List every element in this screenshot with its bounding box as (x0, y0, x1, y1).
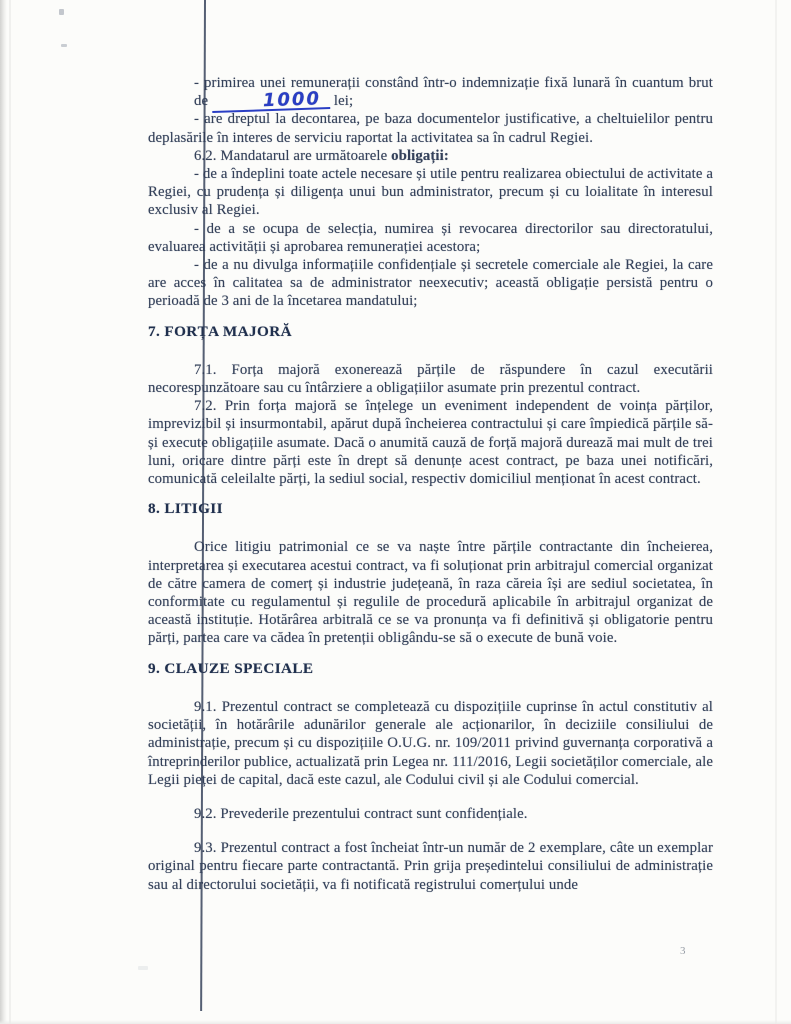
clause-8-litigation: Orice litigiu patrimonial ce se va naște… (148, 538, 713, 647)
scan-edge-left (0, 0, 7, 1024)
section-8-heading: 8. LITIGII (148, 500, 713, 518)
clause-expense-reimbursement: - are dreptul la decontarea, pe baza doc… (148, 110, 713, 146)
scan-speck (61, 44, 67, 47)
scanned-contract-page: - primirea unei remunerații constând înt… (0, 0, 791, 1024)
clause-7-2: 7.2. Prin forța majoră se înțelege un ev… (148, 397, 713, 488)
scan-edge-left-line (9, 0, 11, 1024)
clause-6-2-bold: obligații: (391, 148, 449, 164)
scan-speck (138, 966, 148, 970)
scan-speck (59, 9, 64, 15)
clause-remuneration-line1: - primirea unei remunerații constând înt… (148, 74, 713, 92)
scan-edge-bottom (0, 1020, 791, 1024)
clause-7-1: 7.1. Forța majoră exonerează părțile de … (148, 361, 713, 397)
clause-6-2-text: 6.2. Mandatarul are următoarele (194, 148, 391, 164)
section-7-heading: 7. FORȚA MAJORĂ (148, 323, 713, 341)
clause-9-1: 9.1. Prezentul contract se completează c… (148, 698, 713, 789)
clause-remuneration-line2: de 1000 lei; (148, 92, 713, 110)
obligation-item-1: - de a îndeplini toate actele necesare ș… (148, 165, 713, 220)
contract-body: - primirea unei remunerații constând înt… (148, 74, 713, 894)
clause-9-3: 9.3. Prezentul contract a fost încheiat … (148, 839, 713, 894)
clause-9-2: 9.2. Prevederile prezentului contract su… (148, 805, 713, 823)
obligation-item-3: - de a nu divulga informațiile confidenț… (148, 256, 713, 311)
scan-edge-right (775, 0, 777, 1024)
obligation-item-2: - de a se ocupa de selecția, numirea și … (148, 220, 713, 256)
clause-6-2-heading: 6.2. Mandatarul are următoarele obligați… (148, 147, 713, 165)
remuneration-suffix: lei; (330, 93, 353, 109)
section-9-heading: 9. CLAUZE SPECIALE (148, 660, 713, 678)
page-number: 3 (680, 945, 686, 957)
